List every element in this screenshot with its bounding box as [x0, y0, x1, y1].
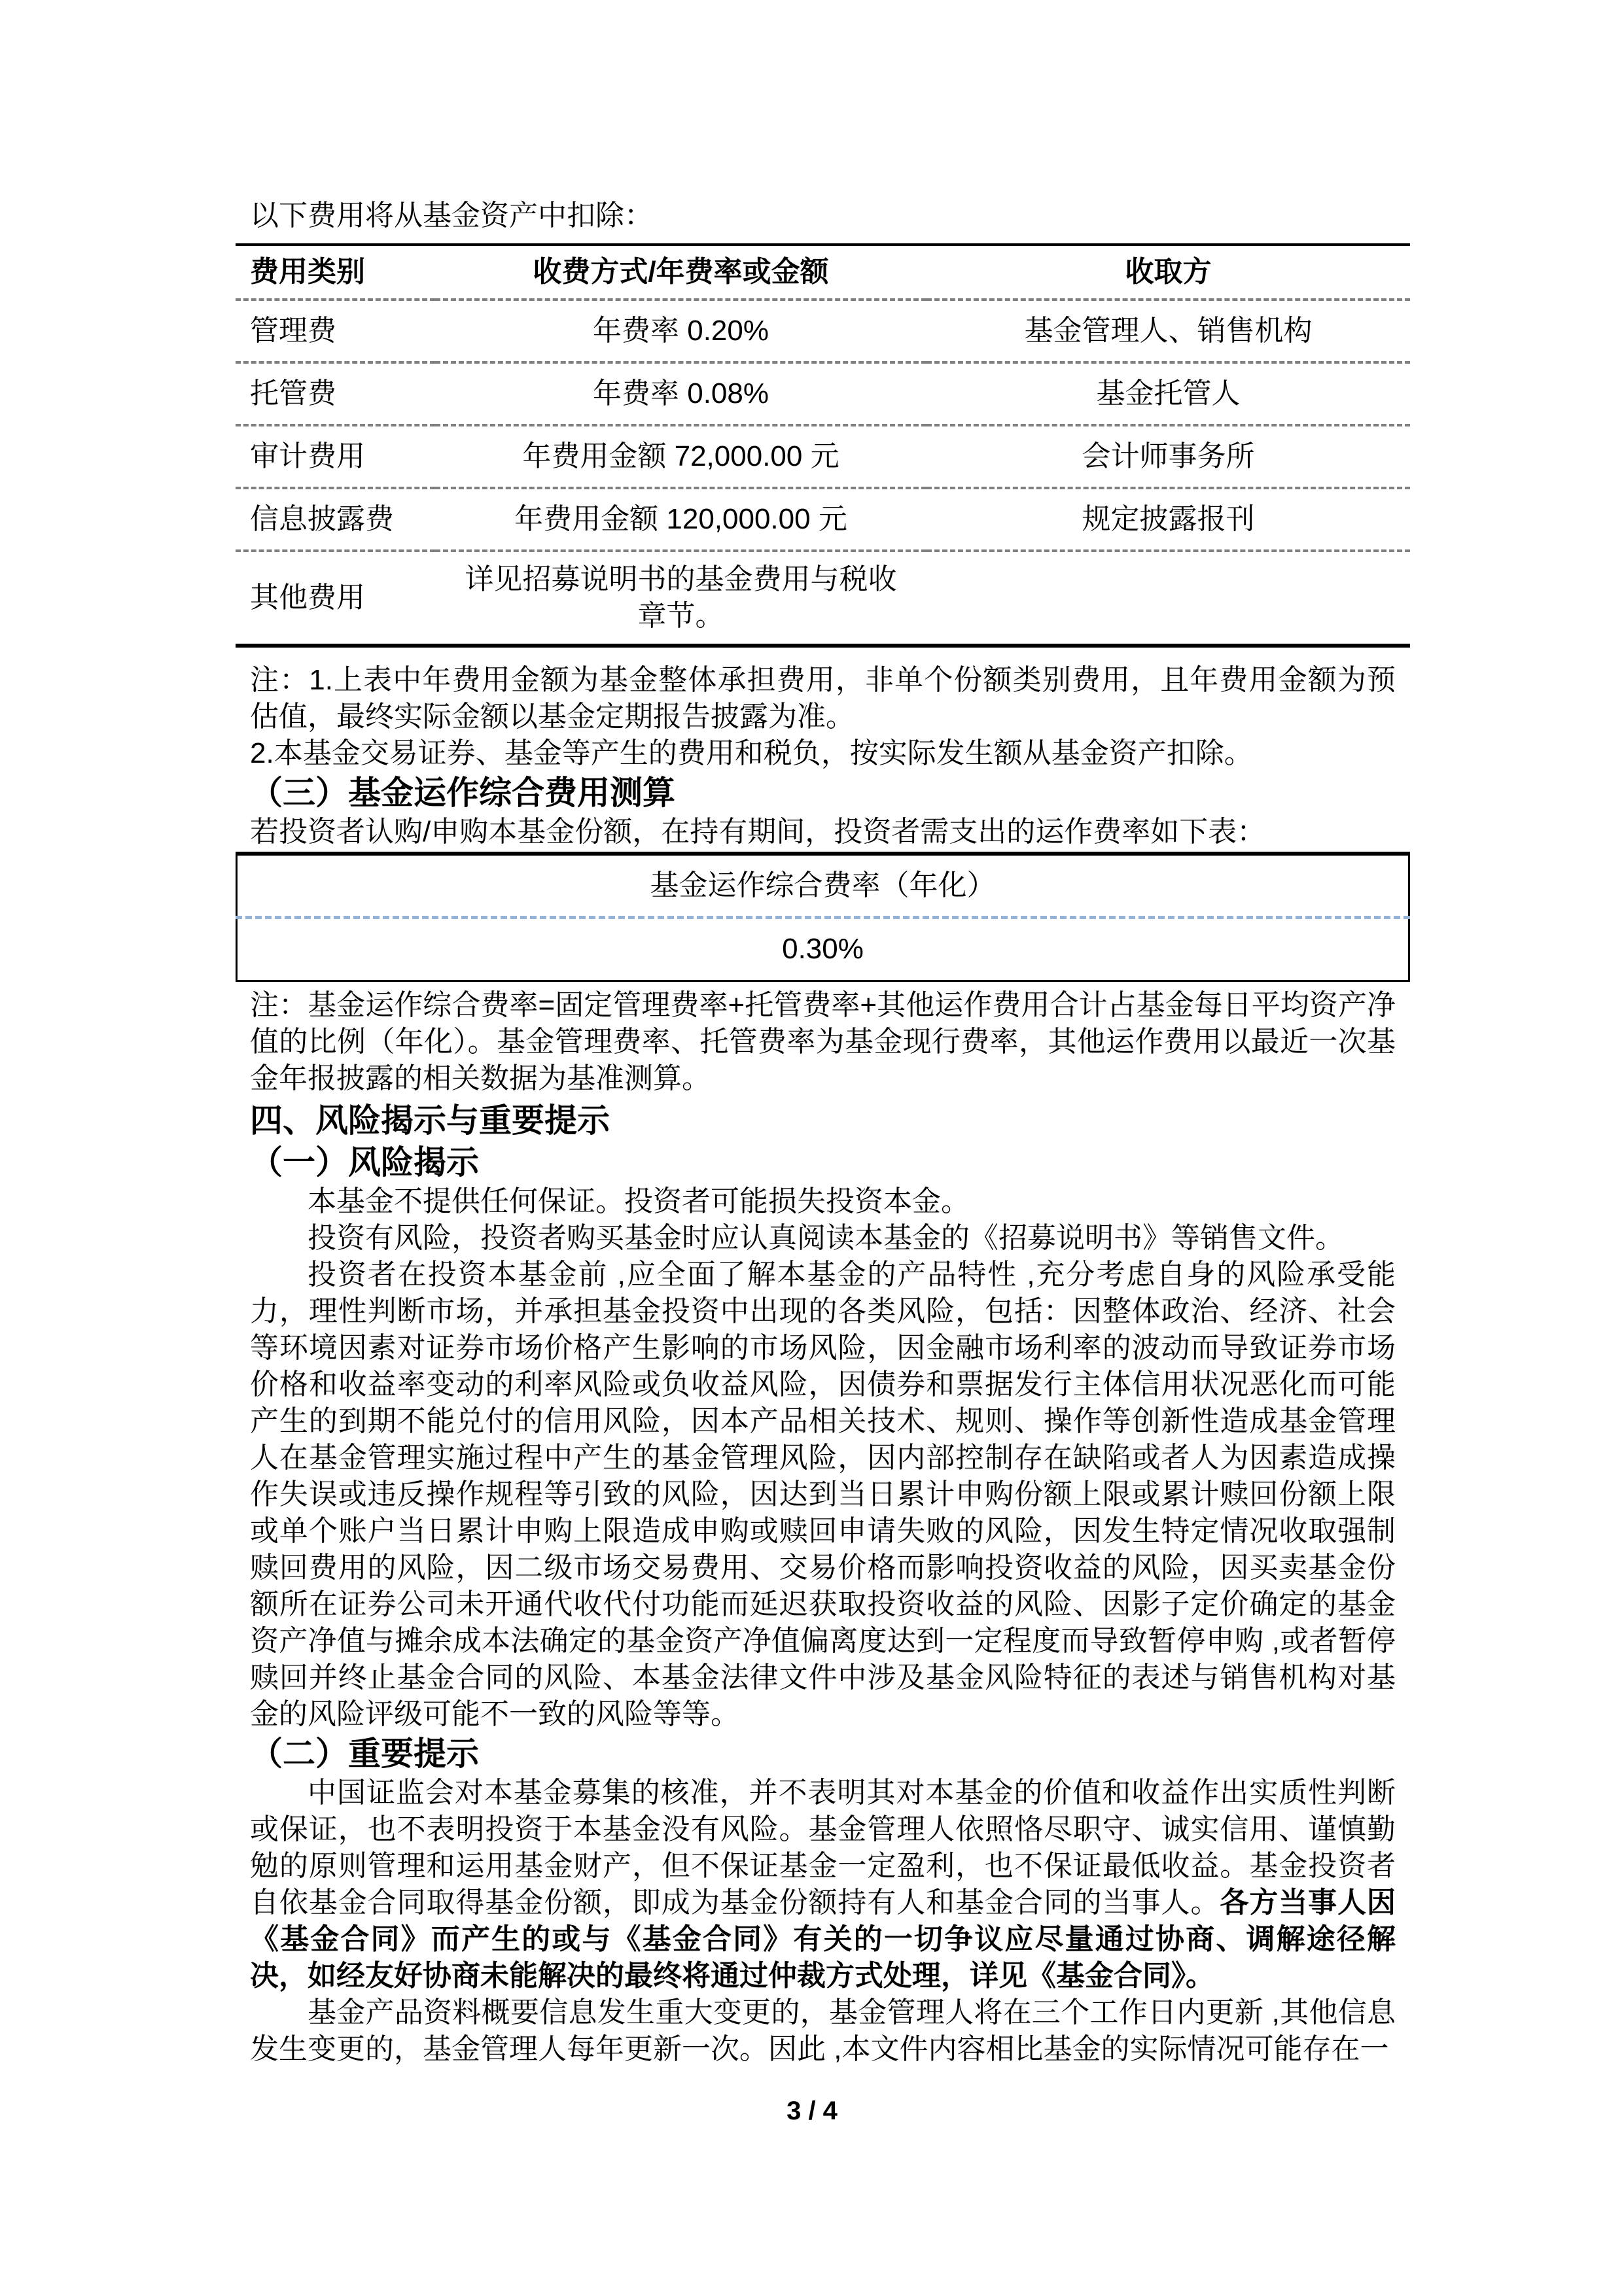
fee-col-header-category: 费用类别 — [236, 245, 435, 300]
rate-table-header-row: 基金运作综合费率（年化） — [237, 854, 1409, 917]
page-content: 以下费用将从基金资产中扣除： 费用类别 收费方式/年费率或金额 收取方 管理费 … — [250, 198, 1396, 2068]
cell-category: 信息披露费 — [236, 488, 435, 551]
fee-table-header-row: 费用类别 收费方式/年费率或金额 收取方 — [236, 245, 1410, 300]
cell-rate: 年费率 0.08% — [435, 362, 927, 425]
cell-rate: 年费用金额 72,000.00 元 — [435, 425, 927, 488]
fee-table-note-2: 2.本基金交易证券、基金等产生的费用和税负，按实际发生额从基金资产扣除。 — [250, 735, 1396, 772]
cell-category: 托管费 — [236, 362, 435, 425]
fee-table-note-1: 注：1.上表中年费用金额为基金整体承担费用，非单个份额类别费用，且年费用金额为预… — [250, 662, 1396, 735]
section-heading-operating-cost: （三）基金运作综合费用测算 — [250, 772, 1396, 814]
rate-table-value-cell: 0.30% — [237, 917, 1409, 981]
table-row-custody-fee: 托管费 年费率 0.08% 基金托管人 — [236, 362, 1410, 425]
fee-col-header-receiver: 收取方 — [927, 245, 1410, 300]
cell-receiver: 基金托管人 — [927, 362, 1410, 425]
rate-table-header-cell: 基金运作综合费率（年化） — [237, 854, 1409, 917]
fee-table-intro: 以下费用将从基金资产中扣除： — [250, 198, 1396, 234]
subsection-heading-important-notice: （二）重要提示 — [250, 1733, 1396, 1775]
cell-rate: 年费用金额 120,000.00 元 — [435, 488, 927, 551]
notice-para-csrc: 中国证监会对本基金募集的核准，并不表明其对本基金的价值和收益作出实质性判断或保证… — [250, 1775, 1396, 1994]
cell-category: 审计费用 — [236, 425, 435, 488]
section-heading-risk-and-notice: 四、风险揭示与重要提示 — [250, 1100, 1396, 1141]
cell-receiver — [927, 551, 1410, 646]
notice-para-update: 基金产品资料概要信息发生重大变更的，基金管理人将在三个工作日内更新 ,其他信息发… — [250, 1994, 1396, 2068]
risk-para-risk-types: 投资者在投资本基金前 ,应全面了解本基金的产品特性 ,充分考虑自身的风险承受能力… — [250, 1257, 1396, 1733]
cell-receiver: 基金管理人、销售机构 — [927, 300, 1410, 362]
cell-rate: 详见招募说明书的基金费用与税收 章节。 — [435, 551, 927, 646]
table-row-other-fees: 其他费用 详见招募说明书的基金费用与税收 章节。 — [236, 551, 1410, 646]
rate-table-lead: 若投资者认购/申购本基金份额，在持有期间，投资者需支出的运作费率如下表： — [250, 814, 1396, 850]
rate-table-value-row: 0.30% — [237, 917, 1409, 981]
fund-fee-table: 费用类别 收费方式/年费率或金额 收取方 管理费 年费率 0.20% 基金管理人… — [236, 243, 1410, 648]
cell-rate: 年费率 0.20% — [435, 300, 927, 362]
cell-category: 管理费 — [236, 300, 435, 362]
risk-para-read-prospectus: 投资有风险，投资者购买基金时应认真阅读本基金的《招募说明书》等销售文件。 — [250, 1220, 1396, 1257]
operating-rate-table: 基金运作综合费率（年化） 0.30% — [236, 852, 1410, 982]
cell-rate-line2: 章节。 — [435, 598, 927, 635]
cell-receiver: 规定披露报刊 — [927, 488, 1410, 551]
fee-col-header-method: 收费方式/年费率或金额 — [435, 245, 927, 300]
table-row-disclosure-fee: 信息披露费 年费用金额 120,000.00 元 规定披露报刊 — [236, 488, 1410, 551]
table-row-management-fee: 管理费 年费率 0.20% 基金管理人、销售机构 — [236, 300, 1410, 362]
document-page: 以下费用将从基金资产中扣除： 费用类别 收费方式/年费率或金额 收取方 管理费 … — [0, 0, 1624, 2296]
table-row-audit-fee: 审计费用 年费用金额 72,000.00 元 会计师事务所 — [236, 425, 1410, 488]
risk-para-no-guarantee: 本基金不提供任何保证。投资者可能损失投资本金。 — [250, 1183, 1396, 1220]
subsection-heading-risk-disclosure: （一）风险揭示 — [250, 1141, 1396, 1183]
cell-rate-line1: 详见招募说明书的基金费用与税收 — [435, 561, 927, 598]
cell-category: 其他费用 — [236, 551, 435, 646]
cell-receiver: 会计师事务所 — [927, 425, 1410, 488]
page-number: 3 / 4 — [0, 2096, 1624, 2126]
rate-table-note: 注：基金运作综合费率=固定管理费率+托管费率+其他运作费用合计占基金每日平均资产… — [250, 987, 1396, 1097]
